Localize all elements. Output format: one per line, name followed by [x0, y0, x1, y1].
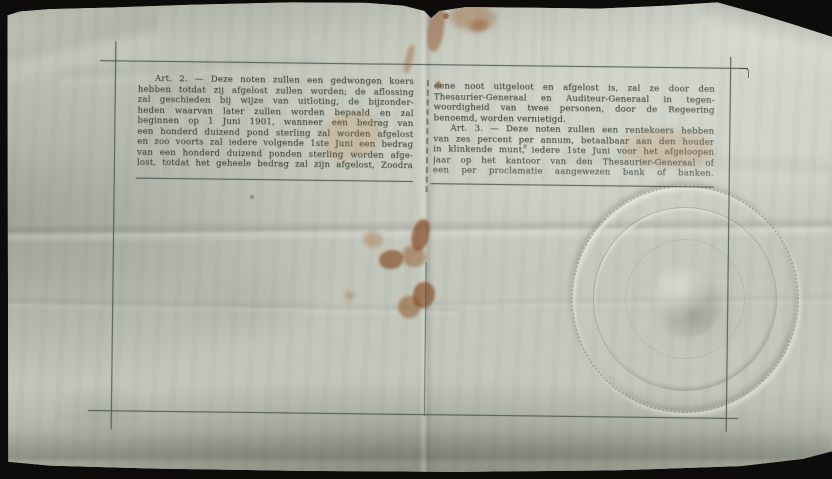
left-border-line [111, 41, 117, 429]
left-column-underline [136, 178, 413, 183]
bottom-border-line [88, 410, 738, 419]
right-column-underline [431, 183, 714, 188]
banknote-paper: Art. 2. — Deze noten zullen een gedwonge… [0, 0, 832, 479]
column-divider-solid [424, 262, 427, 416]
top-border-end-hook [740, 68, 749, 78]
top-border-line [100, 60, 748, 69]
right-border-line [726, 57, 732, 432]
column-divider-dashed [426, 80, 429, 192]
text-line: lost, totdat het geheele bedrag zal zijn… [137, 158, 413, 172]
printed-frame: Art. 2. — Deze noten zullen een gedwonge… [0, 0, 832, 479]
article-2-text: Art. 2. — Deze noten zullen een gedwonge… [137, 74, 414, 172]
article-3-text: eene noot uitgeloot en afgelost is, zal … [433, 81, 715, 179]
text-line: een per proclamatie aangewezen bank of b… [433, 166, 714, 180]
photo-background: Art. 2. — Deze noten zullen een gedwonge… [0, 0, 832, 479]
